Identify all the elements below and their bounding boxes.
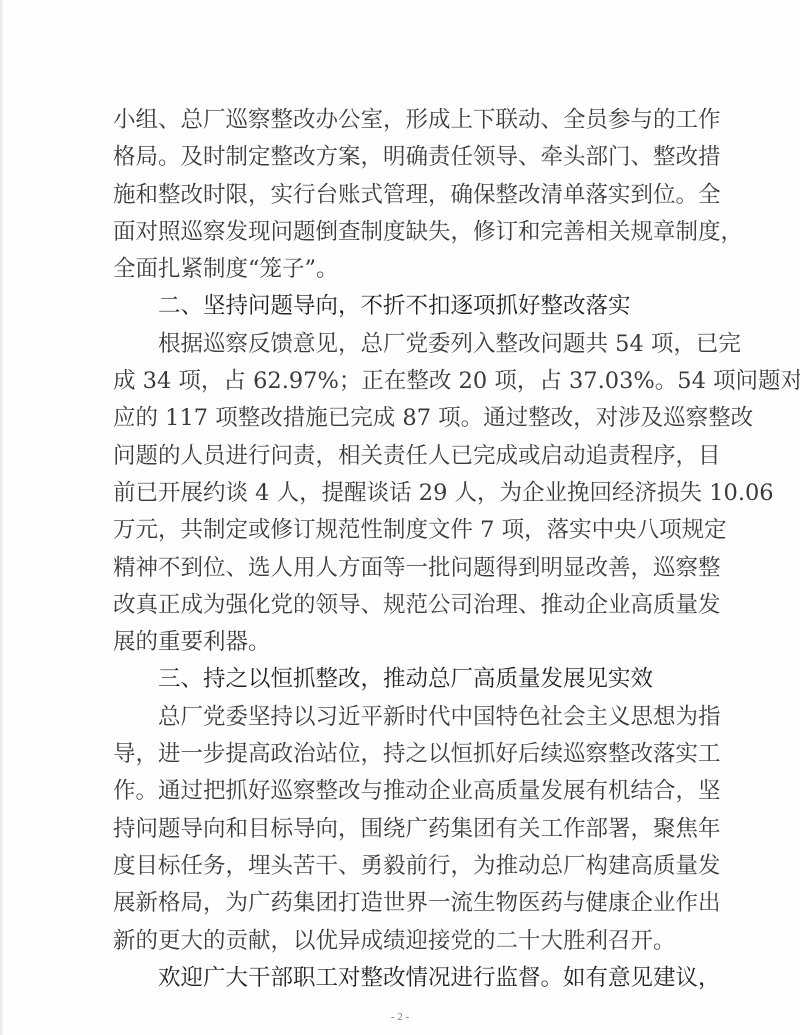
text-line: 成 34 项，占 62.97%；正在整改 20 项，占 37.03%。54 项问… bbox=[113, 363, 685, 400]
text-line: 面对照巡察发现问题倒查制度缺失，修订和完善相关规章制度， bbox=[113, 214, 685, 251]
document-page: 小组、总厂巡察整改办公室，形成上下联动、全员参与的工作 格局。及时制定整改方案，… bbox=[0, 0, 800, 1035]
text-line: 展新格局，为广药集团打造世界一流生物医药与健康企业作出 bbox=[113, 885, 685, 922]
paragraph-continuation: 小组、总厂巡察整改办公室，形成上下联动、全员参与的工作 格局。及时制定整改方案，… bbox=[113, 102, 685, 288]
page-number: - 2 - bbox=[0, 1011, 800, 1023]
text-line: 格局。及时制定整改方案，明确责任领导、牵头部门、整改措 bbox=[113, 139, 685, 176]
text-line: 改真正成为强化党的领导、规范公司治理、推动企业高质量发 bbox=[113, 587, 685, 624]
text-line: 问题的人员进行问责，相关责任人已完成或启动追责程序，目 bbox=[113, 438, 685, 475]
text-line: 根据巡察反馈意见，总厂党委列入整改问题共 54 项，已完 bbox=[113, 326, 685, 363]
text-line: 施和整改时限，实行台账式管理，确保整改清单落实到位。全 bbox=[113, 177, 685, 214]
text-line: 全面扎紧制度“笼子”。 bbox=[113, 251, 685, 288]
paragraph-section-3: 总厂党委坚持以习近平新时代中国特色社会主义思想为指 导，进一步提高政治站位，持之… bbox=[113, 699, 685, 960]
paragraph-section-2: 根据巡察反馈意见，总厂党委列入整改问题共 54 项，已完 成 34 项，占 62… bbox=[113, 326, 685, 662]
text-line: 导，进一步提高政治站位，持之以恒抓好后续巡察整改落实工 bbox=[113, 736, 685, 773]
paragraph-closing: 欢迎广大干部职工对整改情况进行监督。如有意见建议， bbox=[113, 960, 685, 997]
document-body: 小组、总厂巡察整改办公室，形成上下联动、全员参与的工作 格局。及时制定整改方案，… bbox=[113, 102, 685, 997]
text-line: 展的重要利器。 bbox=[113, 624, 685, 661]
text-line: 新的更大的贡献，以优异成绩迎接党的二十大胜利召开。 bbox=[113, 923, 685, 960]
text-line: 作。通过把抓好巡察整改与推动企业高质量发展有机结合，坚 bbox=[113, 773, 685, 810]
text-line: 应的 117 项整改措施已完成 87 项。通过整改，对涉及巡察整改 bbox=[113, 400, 685, 437]
text-line: 小组、总厂巡察整改办公室，形成上下联动、全员参与的工作 bbox=[113, 102, 685, 139]
text-line: 万元，共制定或修订规范性制度文件 7 项，落实中央八项规定 bbox=[113, 512, 685, 549]
text-line: 前已开展约谈 4 人，提醒谈话 29 人，为企业挽回经济损失 10.06 bbox=[113, 475, 685, 512]
text-line: 持问题导向和目标导向，围绕广药集团有关工作部署，聚焦年 bbox=[113, 811, 685, 848]
section-heading-2: 二、坚持问题导向，不折不扣逐项抓好整改落实 bbox=[113, 288, 685, 325]
text-line: 精神不到位、选人用人方面等一批问题得到明显改善，巡察整 bbox=[113, 550, 685, 587]
text-line: 欢迎广大干部职工对整改情况进行监督。如有意见建议， bbox=[113, 960, 685, 997]
scan-edge bbox=[0, 0, 4, 1035]
section-heading-3: 三、持之以恒抓整改，推动总厂高质量发展见实效 bbox=[113, 661, 685, 698]
text-line: 总厂党委坚持以习近平新时代中国特色社会主义思想为指 bbox=[113, 699, 685, 736]
text-line: 度目标任务，埋头苦干、勇毅前行，为推动总厂构建高质量发 bbox=[113, 848, 685, 885]
